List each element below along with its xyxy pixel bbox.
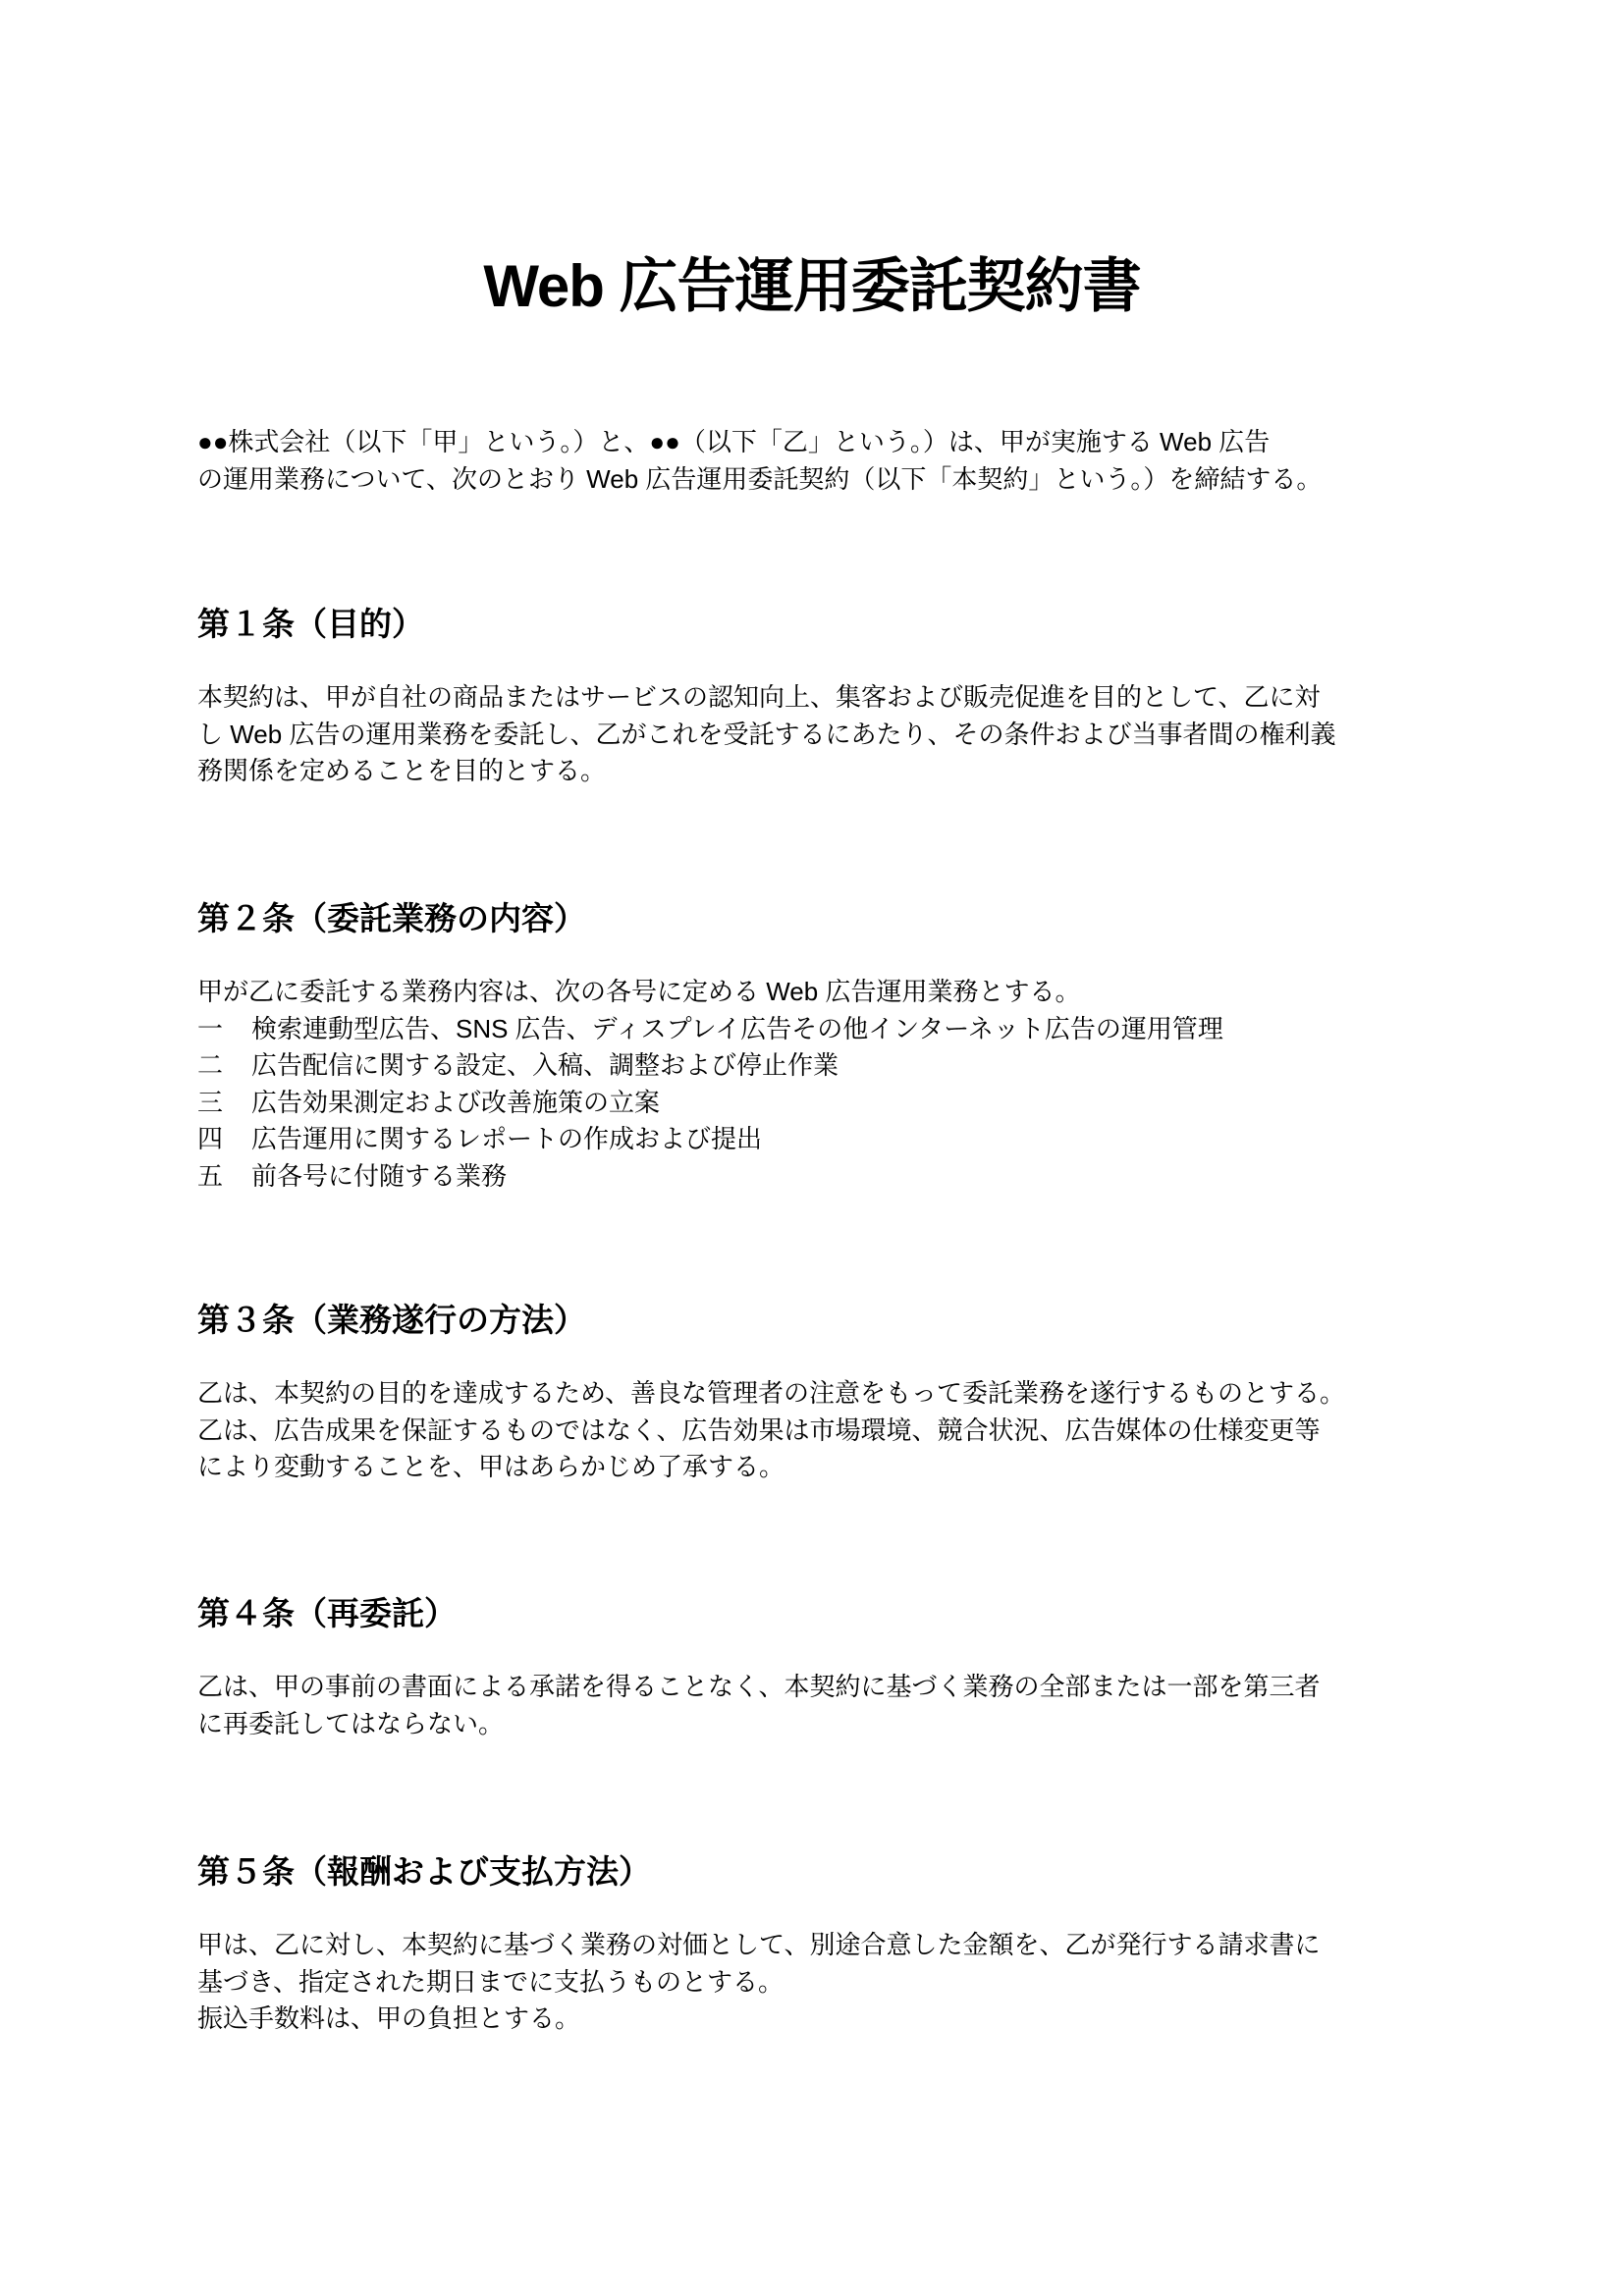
article-body: 乙は、本契約の目的を達成するため、善良な管理者の注意をもって委託業務を遂行するも… (197, 1375, 1444, 1486)
article-body: 甲が乙に委託する業務内容は、次の各号に定める Web 広告運用業務とする。 一 … (197, 974, 1444, 1195)
article-heading: 第１条（目的） (197, 603, 1444, 646)
list-item-text: 広告運用に関するレポートの作成および提出 (251, 1121, 762, 1158)
list-item: 五 前各号に付随する業務 (197, 1158, 1444, 1196)
article-line: 本契約は、甲が自社の商品またはサービスの認知向上、集客および販売促進を目的として… (197, 679, 1444, 717)
article-heading: 第５条（報酬および支払方法） (197, 1850, 1444, 1894)
article-line: 基づき、指定された期日までに支払うものとする。 (197, 1964, 1444, 2002)
article-body: 甲は、乙に対し、本契約に基づく業務の対価として、別途合意した金額を、乙が発行する… (197, 1927, 1444, 2038)
article-3: 第３条（業務遂行の方法） 乙は、本契約の目的を達成するため、善良な管理者の注意を… (197, 1299, 1444, 1486)
preamble: ●●株式会社（以下「甲」という。）と、●●（以下「乙」という。）は、甲が実施する… (197, 424, 1435, 498)
article-line: 振込手数料は、甲の負担とする。 (197, 2001, 1444, 2038)
article-line: 甲が乙に委託する業務内容は、次の各号に定める Web 広告運用業務とする。 (197, 974, 1444, 1011)
list-item-number: 三 (197, 1085, 251, 1122)
list-item-number: 四 (197, 1121, 251, 1158)
list-item: 四 広告運用に関するレポートの作成および提出 (197, 1121, 1444, 1158)
list-item-text: 検索連動型広告、SNS 広告、ディスプレイ広告その他インターネット広告の運用管理 (251, 1011, 1223, 1048)
document-page: Web 広告運用委託契約書 ●●株式会社（以下「甲」という。）と、●●（以下「乙… (0, 0, 1624, 2296)
article-line: 甲は、乙に対し、本契約に基づく業務の対価として、別途合意した金額を、乙が発行する… (197, 1927, 1444, 1964)
list-item: 三 広告効果測定および改善施策の立案 (197, 1085, 1444, 1122)
article-1: 第１条（目的） 本契約は、甲が自社の商品またはサービスの認知向上、集客および販売… (197, 603, 1444, 790)
list-item-text: 前各号に付随する業務 (251, 1158, 507, 1196)
article-5: 第５条（報酬および支払方法） 甲は、乙に対し、本契約に基づく業務の対価として、別… (197, 1850, 1444, 2038)
list-item-number: 二 (197, 1047, 251, 1085)
article-heading: 第３条（業務遂行の方法） (197, 1299, 1444, 1342)
list-item: 二 広告配信に関する設定、入稿、調整および停止作業 (197, 1047, 1444, 1085)
article-body: 乙は、甲の事前の書面による承諾を得ることなく、本契約に基づく業務の全部または一部… (197, 1669, 1444, 1742)
document-title: Web 広告運用委託契約書 (0, 247, 1624, 326)
list-item-text: 広告配信に関する設定、入稿、調整および停止作業 (251, 1047, 839, 1085)
list-item: 一 検索連動型広告、SNS 広告、ディスプレイ広告その他インターネット広告の運用… (197, 1011, 1444, 1048)
article-line: 乙は、本契約の目的を達成するため、善良な管理者の注意をもって委託業務を遂行するも… (197, 1375, 1444, 1413)
article-line: 乙は、甲の事前の書面による承諾を得ることなく、本契約に基づく業務の全部または一部… (197, 1669, 1444, 1706)
preamble-line: ●●株式会社（以下「甲」という。）と、●●（以下「乙」という。）は、甲が実施する… (197, 424, 1435, 461)
list-item-text: 広告効果測定および改善施策の立案 (251, 1085, 660, 1122)
preamble-line: の運用業務について、次のとおり Web 広告運用委託契約（以下「本契約」という。… (197, 461, 1435, 499)
list-item-number: 五 (197, 1158, 251, 1196)
article-heading: 第２条（委託業務の内容） (197, 897, 1444, 940)
article-body: 本契約は、甲が自社の商品またはサービスの認知向上、集客および販売促進を目的として… (197, 679, 1444, 790)
article-line: に再委託してはならない。 (197, 1706, 1444, 1743)
article-4: 第４条（再委託） 乙は、甲の事前の書面による承諾を得ることなく、本契約に基づく業… (197, 1592, 1444, 1742)
article-line: 乙は、広告成果を保証するものではなく、広告効果は市場環境、競合状況、広告媒体の仕… (197, 1413, 1444, 1450)
article-line: 務関係を定めることを目的とする。 (197, 753, 1444, 790)
article-line: により変動することを、甲はあらかじめ了承する。 (197, 1449, 1444, 1486)
article-2: 第２条（委託業務の内容） 甲が乙に委託する業務内容は、次の各号に定める Web … (197, 897, 1444, 1195)
article-line: し Web 広告の運用業務を委託し、乙がこれを受託するにあたり、その条件および当… (197, 717, 1444, 754)
article-heading: 第４条（再委託） (197, 1592, 1444, 1635)
list-item-number: 一 (197, 1011, 251, 1048)
